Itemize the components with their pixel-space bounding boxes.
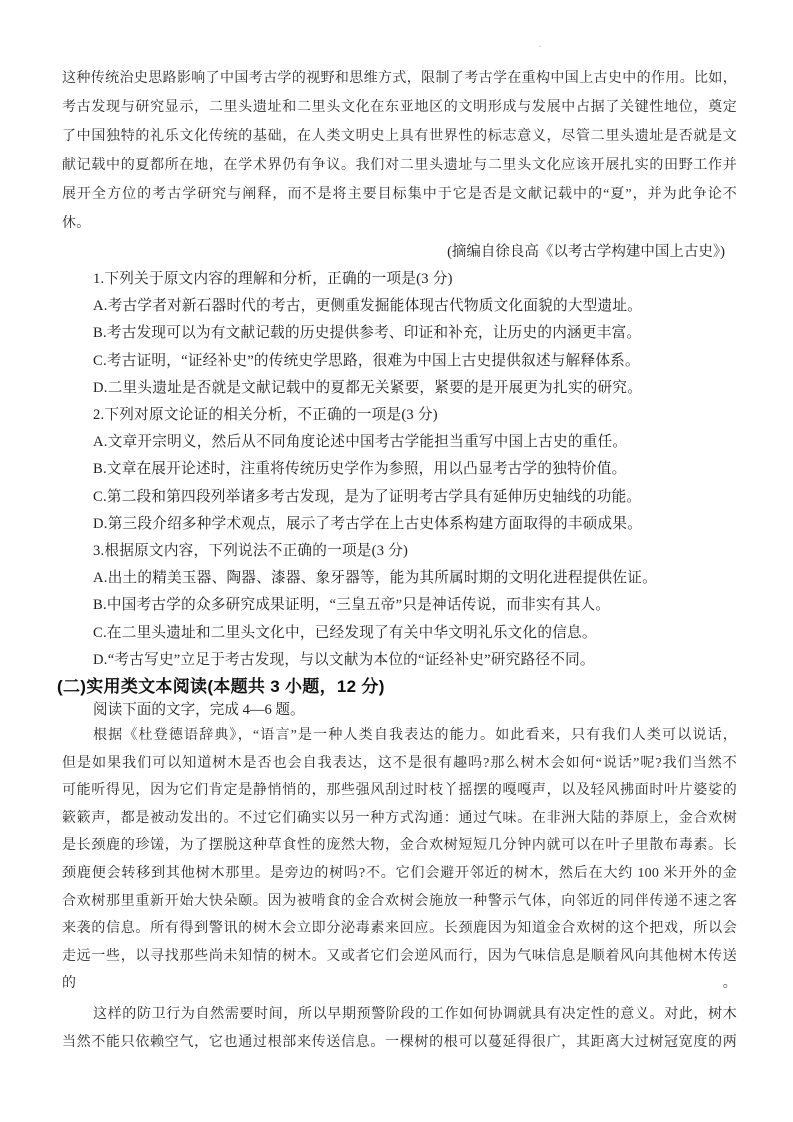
question-3-option-c: C.在二里头遗址和二里头文化中，已经发现了有关中华文明礼乐文化的信息。 bbox=[93, 620, 737, 647]
question-2-stem: 2.下列对原文论证的相关分析，不正确的一项是(3 分) bbox=[93, 402, 737, 429]
passage2-line: 当然不能只依赖空气，它也通过根部来传送信息。一棵树的根可以蔓延得很广，其距离大过… bbox=[62, 1029, 737, 1057]
passage-1: 这种传统治史思路影响了中国考古学的视野和思维方式，限制了考古学在重构中国上古史中… bbox=[62, 64, 737, 266]
question-2-option-b: B.文章在展开论述时，注重将传统历史学作为参照，用以凸显考古学的独特价值。 bbox=[93, 456, 737, 483]
passage2-line: 是长颈鹿的珍馐，为了摆脱这种草食性的庞然大物，金合欢树短短几分钟内就可以在叶子里… bbox=[62, 832, 737, 860]
question-1-stem: 1.下列关于原文内容的理解和分析，正确的一项是(3 分) bbox=[93, 266, 737, 293]
passage1-attribution: (摘编自徐良高《以考古学构建中国上古史》) bbox=[62, 238, 737, 266]
section-2-heading: (二)实用类文本阅读(本题共 3 小题，12 分) bbox=[57, 674, 737, 699]
question-3-option-d: D.“考古写史”立足于考古发现，与以文献为本位的“证经补史”研究路径不同。 bbox=[93, 647, 737, 674]
section-2-instruction: 阅读下面的文字，完成 4—6 题。 bbox=[93, 699, 737, 722]
question-2-option-a: A.文章开宗明义，然后从不同角度论述中国考古学能担当重写中国上古史的重任。 bbox=[93, 429, 737, 456]
question-1-option-d: D.二里头遗址是否就是文献记载中的夏都无关紧要，紧要的是开展更为扎实的研究。 bbox=[93, 375, 737, 402]
passage2-line: 根据《杜登德语辞典》，“语言”是一种人类自我表达的能力。如此看来，只有我们人类可… bbox=[62, 722, 737, 750]
section-2: (二)实用类文本阅读(本题共 3 小题，12 分) 阅读下面的文字，完成 4—6… bbox=[62, 674, 737, 1056]
passage2-line: 但是如果我们可以知道树木是否也会自我表达，这不是很有趣吗?那么树木会如何“说话”… bbox=[62, 750, 737, 778]
stray-scan-mark: · bbox=[538, 40, 542, 52]
passage1-line: 这种传统治史思路影响了中国考古学的视野和思维方式，限制了考古学在重构中国上古史中… bbox=[62, 64, 737, 93]
question-3-option-a: A.出土的精美玉器、陶器、漆器、象牙器等，能为其所属时期的文明化进程提供佐证。 bbox=[93, 565, 737, 592]
passage2-line: 这样的防卫行为自然需要时间，所以早期预警阶段的工作如何协调就具有决定性的意义。对… bbox=[62, 1001, 737, 1029]
question-1-option-a: A.考古学者对新石器时代的考古，更侧重发掘能体现古代物质文化面貌的大型遗址。 bbox=[93, 293, 737, 320]
passage2-line: 颈鹿便会转移到其他树木那里。是旁边的树吗?不。它们会避开邻近的树木，然后在大约 … bbox=[62, 860, 737, 888]
question-1-option-c: C.考古证明，“证经补史”的传统史学思路，很难为中国上古史提供叙述与解释体系。 bbox=[93, 348, 737, 375]
passage1-line: 献记载中的夏都所在地，在学术界仍有争议。我们对二里头遗址与二里头文化应该开展扎实… bbox=[62, 151, 737, 180]
question-1-option-b: B.考古发现可以为有文献记载的历史提供参考、印证和补充，让历史的内涵更丰富。 bbox=[93, 320, 737, 347]
question-block: 1.下列关于原文内容的理解和分析，正确的一项是(3 分) A.考古学者对新石器时… bbox=[93, 266, 737, 674]
exam-page: · 这种传统治史思路影响了中国考古学的视野和思维方式，限制了考古学在重构中国上古… bbox=[0, 0, 793, 1122]
text-column: 这种传统治史思路影响了中国考古学的视野和思维方式，限制了考古学在重构中国上古史中… bbox=[62, 64, 737, 1056]
question-2-option-d: D.第三段介绍多种学术观点，展示了考古学在上古史体系构建方面取得的丰硕成果。 bbox=[93, 511, 737, 538]
passage1-line: 休。 bbox=[62, 209, 737, 238]
passage2-line: 可能听得见，因为它们肯定是静悄悄的，那些强风刮过时枝丫摇摆的嘎嘎声，以及轻风拂面… bbox=[62, 777, 737, 805]
passage1-line: 展开全方位的考古学研究与阐释，而不是将主要目标集中于它是否是文献记载中的“夏”，… bbox=[62, 180, 737, 209]
question-3-stem: 3.根据原文内容，下列说法不正确的一项是(3 分) bbox=[93, 538, 737, 565]
passage2-line: 合欢树那里重新开始大快朵颐。因为被啃食的金合欢树会施放一种警示气体，向邻近的同伴… bbox=[62, 888, 737, 916]
passage2-line: 走远一些，以寻找那些尚未知情的树木。又或者它们会逆风而行，因为气味信息是顺着风向… bbox=[62, 943, 737, 971]
passage1-line: 了中国独特的礼乐文化传统的基础，在人类文明史上具有世界性的标志意义，尽管二里头遗… bbox=[62, 122, 737, 151]
passage2-line: 的。 bbox=[62, 970, 737, 998]
passage2-line: 来袭的信息。所有得到警讯的树木会立即分泌毒素来回应。长颈鹿因为知道金合欢树的这个… bbox=[62, 915, 737, 943]
question-3-option-b: B.中国考古学的众多研究成果证明，“三皇五帝”只是神话传说，而非实有其人。 bbox=[93, 592, 737, 619]
passage2-line: 簌簌声，都是被动发出的。不过它们确实以另一种方式沟通：通过气味。在非洲大陆的莽原… bbox=[62, 805, 737, 833]
question-2-option-c: C.第二段和第四段列举诸多考古发现，是为了证明考古学具有延伸历史轴线的功能。 bbox=[93, 484, 737, 511]
passage1-line: 考古发现与研究显示，二里头遗址和二里头文化在东亚地区的文明形成与发展中占据了关键… bbox=[62, 93, 737, 122]
